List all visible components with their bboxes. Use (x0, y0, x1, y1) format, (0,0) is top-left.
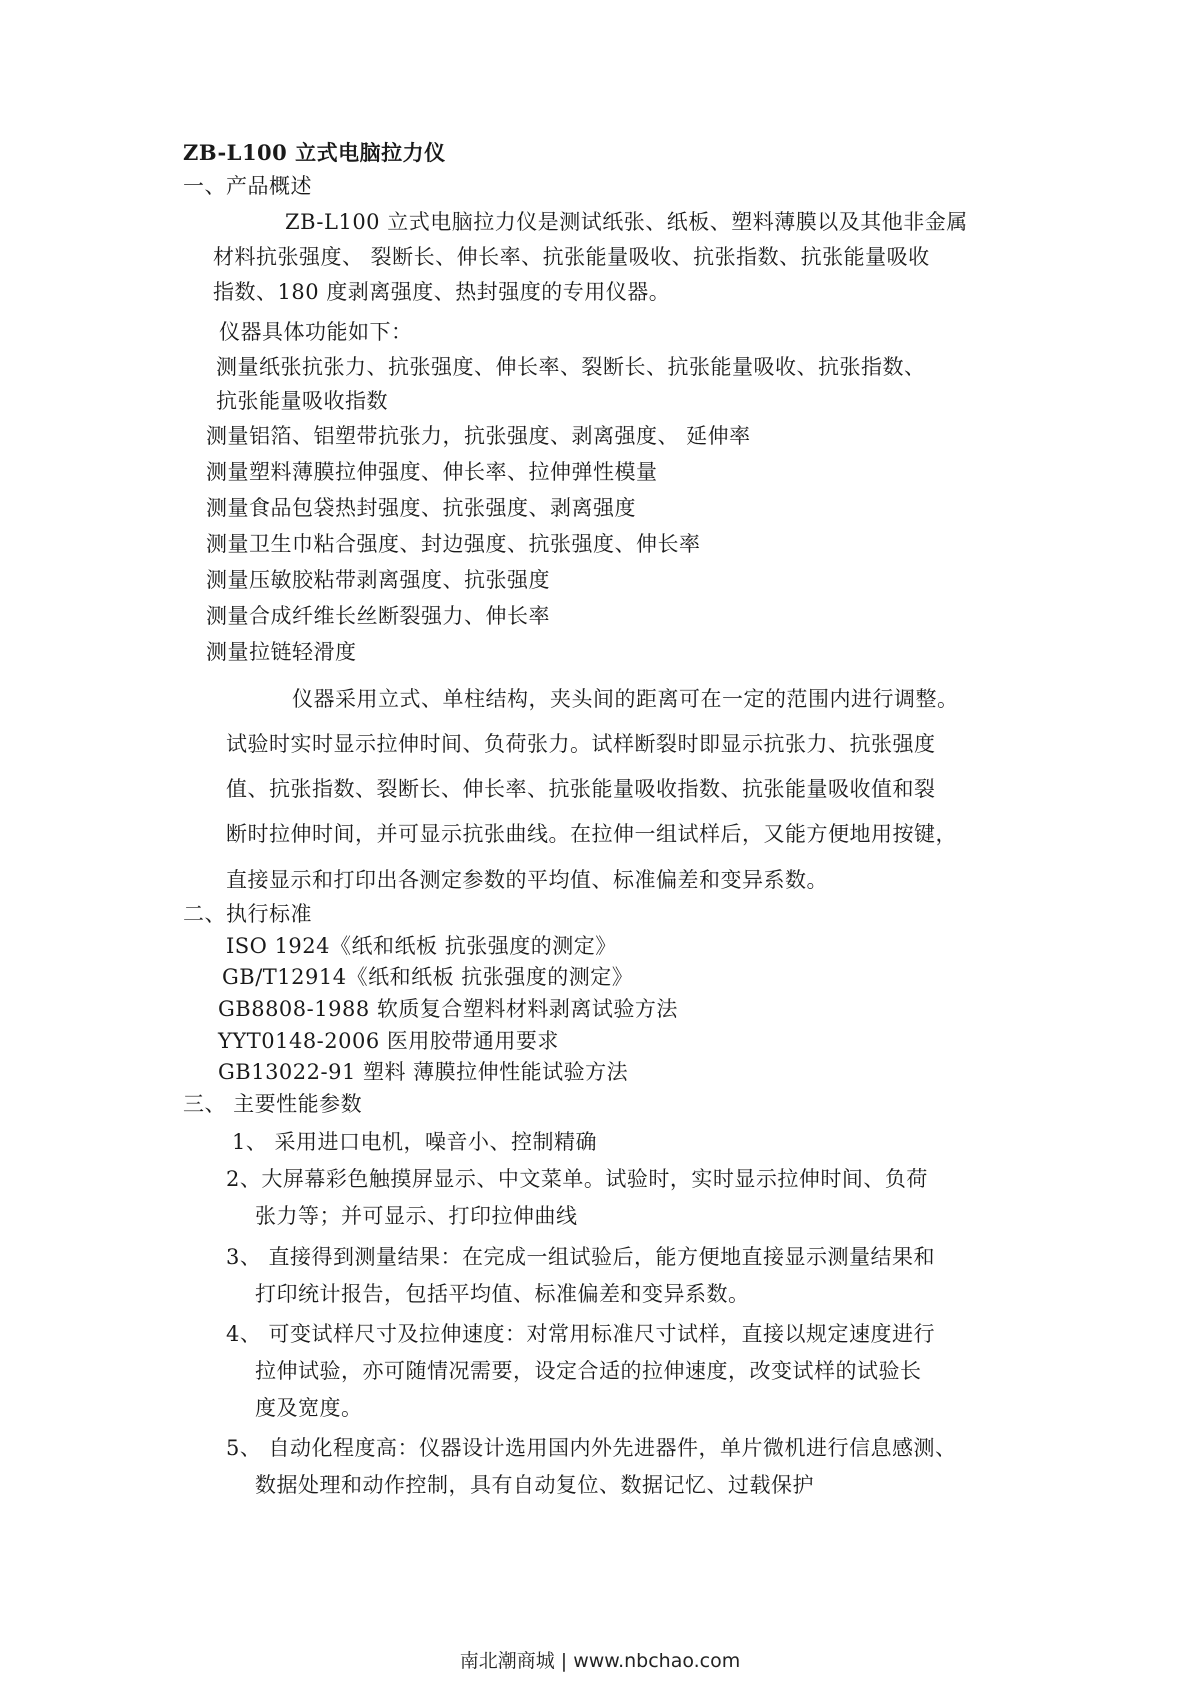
parameter-item-continued: 张力等；并可显示、打印拉伸曲线 (255, 1202, 578, 1230)
standard-item: YYT0148-2006 医用胶带通用要求 (218, 1027, 559, 1055)
overview-paragraph-line: 指数、180 度剥离强度、热封强度的专用仪器。 (213, 278, 670, 306)
section-heading-standards: 二、执行标准 (183, 900, 312, 928)
function-item: 测量压敏胶粘带剥离强度、抗张强度 (206, 566, 550, 594)
description-line: 断时拉伸时间，并可显示抗张曲线。在拉伸一组试样后，又能方便地用按键， (226, 820, 957, 848)
description-line: 试验时实时显示拉伸时间、负荷张力。试样断裂时即显示抗张力、抗张强度 (226, 730, 936, 758)
function-item: 测量塑料薄膜拉伸强度、伸长率、拉伸弹性模量 (206, 458, 658, 486)
function-item: 测量食品包袋热封强度、抗张强度、剥离强度 (206, 494, 636, 522)
section-heading-parameters: 三、 主要性能参数 (183, 1090, 362, 1118)
footer-watermark: 南北潮商城 | www.nbchao.com (0, 1646, 1200, 1673)
overview-paragraph-line: ZB-L100 立式电脑拉力仪是测试纸张、纸板、塑料薄膜以及其他非金属 (285, 208, 968, 236)
description-line: 直接显示和打印出各测定参数的平均值、标准偏差和变异系数。 (226, 866, 828, 894)
parameter-item: 1、 采用进口电机，噪音小、控制精确 (232, 1128, 597, 1156)
function-item: 测量卫生巾粘合强度、封边强度、抗张强度、伸长率 (206, 530, 701, 558)
description-line: 值、抗张指数、裂断长、伸长率、抗张能量吸收指数、抗张能量吸收值和裂 (226, 775, 936, 803)
standard-item: ISO 1924《纸和纸板 抗张强度的测定》 (226, 932, 617, 960)
section-heading-overview: 一、产品概述 (183, 172, 312, 200)
parameter-item-continued: 拉伸试验，亦可随情况需要，设定合适的拉伸速度，改变试样的试验长 (255, 1357, 922, 1385)
parameter-item-continued: 打印统计报告，包括平均值、标准偏差和变异系数。 (255, 1280, 750, 1308)
description-line: 仪器采用立式、单柱结构，夹头间的距离可在一定的范围内进行调整。 (292, 685, 959, 713)
function-item: 测量合成纤维长丝断裂强力、伸长率 (206, 602, 550, 630)
standard-item: GB13022-91 塑料 薄膜拉伸性能试验方法 (218, 1058, 628, 1086)
parameter-item: 4、 可变试样尺寸及拉伸速度：对常用标准尺寸试样，直接以规定速度进行 (226, 1320, 935, 1348)
function-item: 抗张能量吸收指数 (216, 387, 388, 415)
standard-item: GB/T12914《纸和纸板 抗张强度的测定》 (222, 963, 633, 991)
standard-item: GB8808-1988 软质复合塑料材料剥离试验方法 (218, 995, 678, 1023)
parameter-item-continued: 度及宽度。 (255, 1394, 363, 1422)
parameter-item: 3、 直接得到测量结果：在完成一组试验后，能方便地直接显示测量结果和 (226, 1243, 935, 1271)
function-item: 测量纸张抗张力、抗张强度、伸长率、裂断长、抗张能量吸收、抗张指数、 (216, 353, 926, 381)
document-page: ZB-L100 立式电脑拉力仪 一、产品概述 ZB-L100 立式电脑拉力仪是测… (0, 0, 1200, 1697)
function-item: 测量铝箔、铝塑带抗张力，抗张强度、剥离强度、 延伸率 (206, 422, 751, 450)
overview-paragraph-line: 材料抗张强度、 裂断长、伸长率、抗张能量吸收、抗张指数、抗张能量吸收 (213, 243, 930, 271)
document-title: ZB-L100 立式电脑拉力仪 (183, 139, 446, 167)
parameter-item: 5、 自动化程度高：仪器设计选用国内外先进器件，单片微机进行信息感测、 (226, 1434, 957, 1462)
function-item: 测量拉链轻滑度 (206, 638, 357, 666)
parameter-item: 2、大屏幕彩色触摸屏显示、中文菜单。试验时，实时显示拉伸时间、负荷 (226, 1165, 928, 1193)
parameter-item-continued: 数据处理和动作控制，具有自动复位、数据记忆、过载保护 (255, 1471, 814, 1499)
functions-heading: 仪器具体功能如下： (219, 318, 413, 346)
